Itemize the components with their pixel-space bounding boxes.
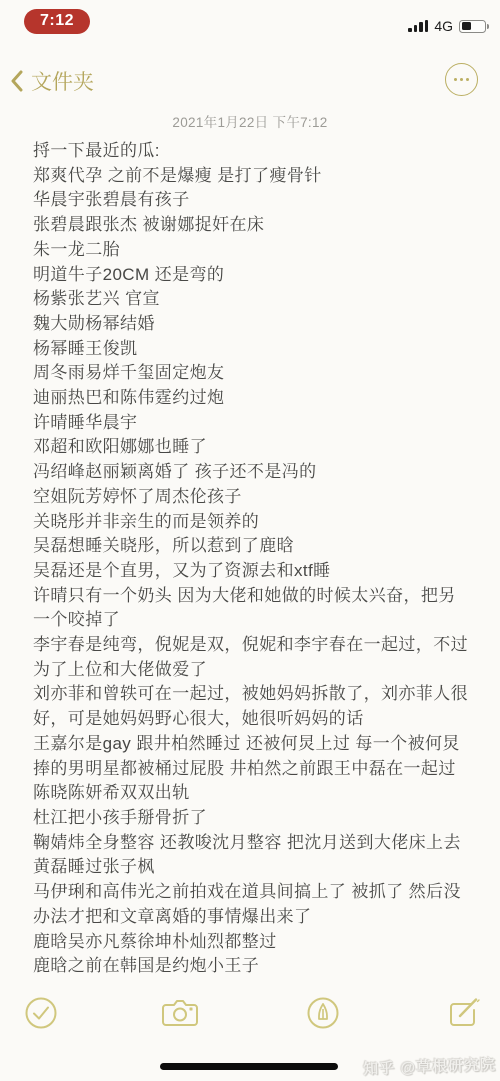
note-line: 许晴睡华晨宇 (33, 411, 490, 436)
bottom-toolbar (0, 993, 500, 1037)
note-line: 黄磊睡过张子枫 (33, 855, 490, 880)
note-line: 好，可是她妈妈野心很大，她很听妈妈的话 (33, 707, 490, 732)
compose-button[interactable] (443, 993, 483, 1033)
back-button[interactable]: 文件夹 (10, 66, 94, 96)
note-line: 迪丽热巴和陈伟霆约过炮 (33, 386, 490, 411)
note-line: 为了上位和大佬做爱了 (33, 658, 490, 683)
note-line: 王嘉尔是gay 跟井柏然睡过 还被何炅上过 每一个被何炅 (33, 732, 490, 757)
nav-bar: 文件夹 (0, 58, 500, 104)
note-line: 张碧晨跟张杰 被谢娜捉奸在床 (33, 213, 490, 238)
note-line: 一个咬掉了 (33, 608, 490, 633)
back-button-label: 文件夹 (31, 66, 94, 96)
note-line: 魏大勋杨幂结婚 (33, 312, 490, 337)
note-line: 许晴只有一个奶头 因为大佬和她做的时候太兴奋，把另 (33, 584, 490, 609)
more-options-button[interactable] (445, 63, 478, 96)
ellipsis-icon (454, 78, 457, 81)
note-date-header: 2021年1月22日 下午7:12 (0, 111, 500, 131)
note-line: 明道牛子20CM 还是弯的 (33, 263, 490, 288)
markup-icon (305, 995, 341, 1031)
note-body[interactable]: 捋一下最近的瓜:郑爽代孕 之前不是爆瘦 是打了瘦骨针华晨宇张碧晨有孩子张碧晨跟张… (33, 139, 490, 979)
home-indicator[interactable] (160, 1063, 338, 1070)
status-indicators: 4G (408, 18, 486, 34)
watermark-text: 知乎 @草根研究院 (346, 1053, 497, 1079)
note-line: 吴磊还是个直男，又为了资源去和xtf睡 (33, 559, 490, 584)
note-line: 空姐阮芳婷怀了周杰伦孩子 (33, 485, 490, 510)
note-line: 捋一下最近的瓜: (33, 139, 490, 164)
note-line: 鹿晗吴亦凡蔡徐坤朴灿烈都整过 (33, 930, 490, 955)
checklist-icon (23, 995, 59, 1031)
note-line: 杜江把小孩手掰骨折了 (33, 806, 490, 831)
note-line: 周冬雨易烊千玺固定炮友 (33, 361, 490, 386)
battery-icon (459, 20, 486, 33)
chevron-left-icon (10, 70, 23, 92)
note-line: 郑爽代孕 之前不是爆瘦 是打了瘦骨针 (33, 164, 490, 189)
note-line: 捧的男明星都被桶过屁股 井柏然之前跟王中磊在一起过 (33, 757, 490, 782)
checklist-button[interactable] (21, 993, 61, 1033)
note-line: 马伊琍和高伟光之前拍戏在道具间搞上了 被抓了 然后没 (33, 880, 490, 905)
note-line: 陈晓陈妍希双双出轨 (33, 781, 490, 806)
note-line: 鞠婧炜全身整容 还教唆沈月整容 把沈月送到大佬床上去 (33, 831, 490, 856)
note-line: 华晨宇张碧晨有孩子 (33, 188, 490, 213)
note-line: 吴磊想睡关晓彤，所以惹到了鹿晗 (33, 534, 490, 559)
status-bar: 7:12 4G (0, 0, 500, 48)
camera-button[interactable] (160, 993, 200, 1033)
note-line: 办法才把和文章离婚的事情爆出来了 (33, 905, 490, 930)
camera-icon (161, 995, 199, 1031)
note-line: 杨紫张艺兴 官宣 (33, 287, 490, 312)
note-line: 李宇春是纯弯，倪妮是双，倪妮和李宇春在一起过，不过 (33, 633, 490, 658)
notes-app-screen: 7:12 4G 文件夹 2021年1月22日 下午7:12 捋一下最近的瓜:郑爽… (0, 0, 500, 1081)
time-badge[interactable]: 7:12 (24, 9, 90, 34)
note-line: 朱一龙二胎 (33, 238, 490, 263)
cellular-signal-icon (408, 20, 428, 32)
compose-icon (444, 995, 482, 1031)
markup-button[interactable] (303, 993, 343, 1033)
note-line: 关晓彤并非亲生的而是领养的 (33, 510, 490, 535)
network-type-label: 4G (434, 18, 453, 34)
note-line: 冯绍峰赵丽颖离婚了 孩子还不是冯的 (33, 460, 490, 485)
note-line: 杨幂睡王俊凯 (33, 337, 490, 362)
note-line: 刘亦菲和曾轶可在一起过，被她妈妈拆散了，刘亦菲人很 (33, 682, 490, 707)
note-line: 邓超和欧阳娜娜也睡了 (33, 435, 490, 460)
note-line: 鹿晗之前在韩国是约炮小王子 (33, 954, 490, 979)
